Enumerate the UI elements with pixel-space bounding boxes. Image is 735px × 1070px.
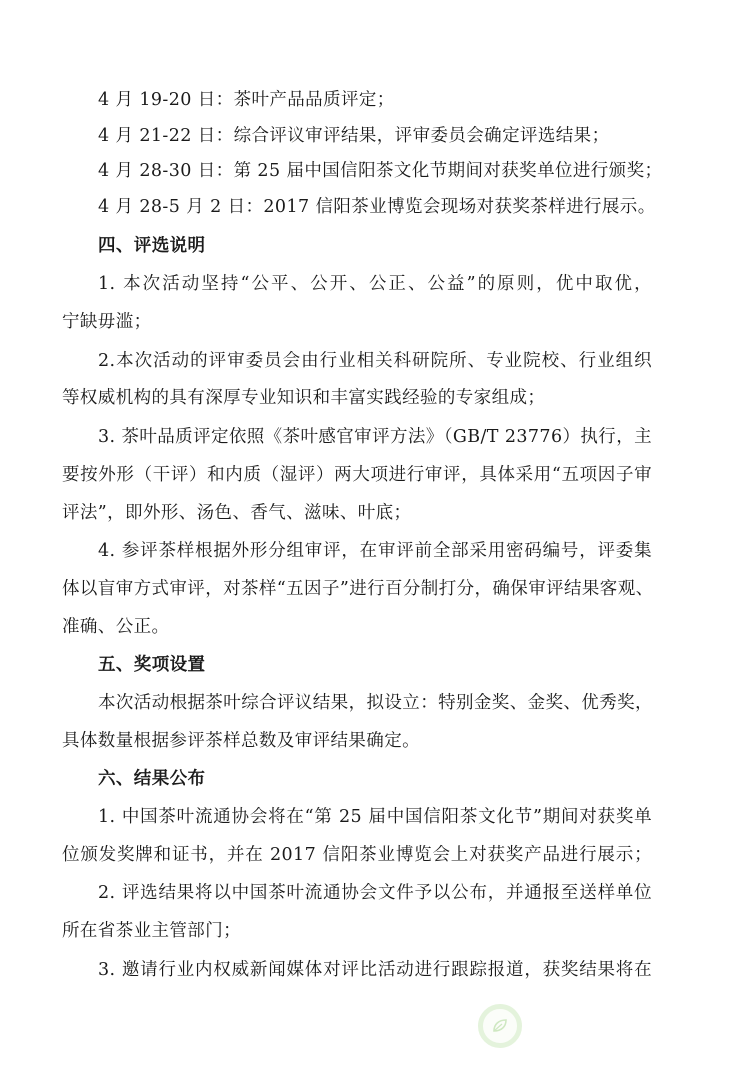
section-heading: 五、奖项设置	[98, 652, 652, 678]
paragraph-line: 要按外形（干评）和内质（湿评）两大项进行审评，具体采用“五项因子审	[62, 462, 652, 488]
document-page: 4 月 19-20 日：茶叶产品品质评定； 4 月 21-22 日：综合评议审评…	[0, 0, 735, 1070]
paragraph-line: 1. 本次活动坚持“公平、公开、公正、公益”的原则，优中取优，	[98, 271, 652, 297]
paragraph-line: 1. 中国茶叶流通协会将在“第 25 届中国信阳茶文化节”期间对获奖单	[98, 804, 652, 830]
paragraph-line: 宁缺毋滥；	[62, 309, 652, 335]
paragraph-line: 评法”，即外形、汤色、香气、滋味、叶底；	[62, 500, 652, 526]
schedule-line: 4 月 28-5 月 2 日：2017 信阳茶业博览会现场对获奖茶样进行展示。	[98, 194, 652, 220]
paragraph-line: 本次活动根据茶叶综合评议结果，拟设立：特别金奖、金奖、优秀奖，	[98, 690, 652, 716]
paragraph-line: 2. 评选结果将以中国茶叶流通协会文件予以公布，并通报至送样单位	[98, 880, 652, 906]
paragraph-line: 4. 参评茶样根据外形分组审评，在审评前全部采用密码编号，评委集	[98, 538, 652, 564]
paragraph-line: 2.本次活动的评审委员会由行业相关科研院所、专业院校、行业组织	[98, 348, 652, 374]
schedule-line: 4 月 19-20 日：茶叶产品品质评定；	[98, 87, 652, 113]
paragraph-line: 3. 茶叶品质评定依照《茶叶感官审评方法》（GB/T 23776）执行，主	[98, 424, 652, 450]
paragraph-line: 具体数量根据参评茶样总数及审评结果确定。	[62, 728, 652, 754]
section-heading: 四、评选说明	[98, 233, 652, 259]
paragraph-line: 等权威机构的具有深厚专业知识和丰富实践经验的专家组成；	[62, 385, 652, 411]
paragraph-line: 体以盲审方式审评，对茶样“五因子”进行百分制打分，确保审评结果客观、	[62, 576, 652, 602]
paragraph-line: 3. 邀请行业内权威新闻媒体对评比活动进行跟踪报道，获奖结果将在	[98, 957, 652, 983]
paragraph-line: 位颁发奖牌和证书，并在 2017 信阳茶业博览会上对获奖产品进行展示；	[62, 842, 652, 868]
schedule-line: 4 月 28-30 日：第 25 届中国信阳茶文化节期间对获奖单位进行颁奖；	[98, 158, 652, 184]
section-heading: 六、结果公布	[98, 766, 652, 792]
schedule-line: 4 月 21-22 日：综合评议审评结果，评审委员会确定评选结果；	[98, 123, 652, 149]
watermark-seal	[478, 1004, 522, 1048]
leaf-seal-icon	[490, 1016, 510, 1036]
paragraph-line: 准确、公正。	[62, 614, 652, 640]
paragraph-line: 所在省茶业主管部门；	[62, 918, 652, 944]
